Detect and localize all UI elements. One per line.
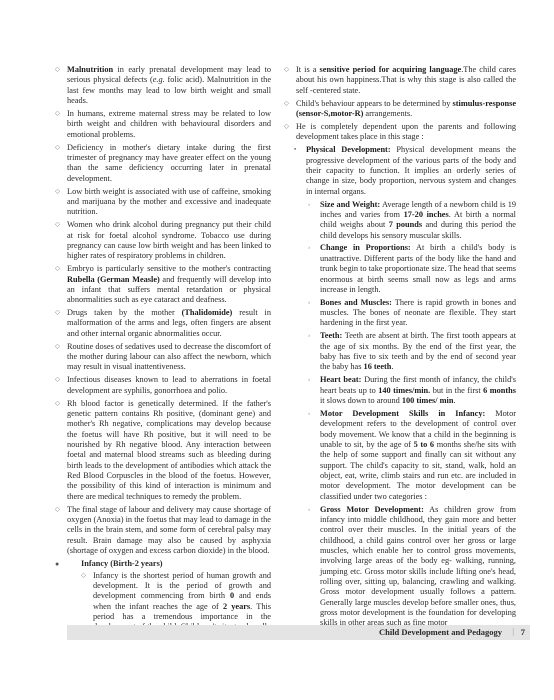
diamond-bullet-icon: ◇ <box>55 109 60 119</box>
bullet-teeth: › Teeth: Teeth are absent at birth. The … <box>284 331 516 372</box>
diamond-bullet-icon: ◇ <box>55 264 60 274</box>
bullet-thalidomide: ◇ Drugs taken by the mother (Thalidomide… <box>55 308 271 339</box>
arrow-bullet-icon: › <box>308 298 310 308</box>
diamond-bullet-icon: ◇ <box>284 65 289 75</box>
diamond-bullet-icon: ◇ <box>55 375 60 385</box>
bullet-physical-development: ▪ Physical Development: Physical develop… <box>284 145 516 197</box>
bullet-proportions: › Change in Proportions: At birth a chil… <box>284 243 516 295</box>
diamond-bullet-icon: ◇ <box>55 399 60 409</box>
bullet-motor-development: › Motor Development Skills in Infancy: M… <box>284 409 516 502</box>
left-column: ◇ Malnutrition in early prenatal develop… <box>55 65 271 646</box>
bullet-sedatives: ◇ Routine doses of sedatives used to dec… <box>55 342 271 373</box>
bullet-alcohol: ◇ Women who drink alcohol during pregnan… <box>55 220 271 261</box>
bullet-anoxia: ◇ The final stage of labour and delivery… <box>55 505 271 557</box>
bullet-gross-motor: › Gross Motor Development: As children g… <box>284 505 516 629</box>
bullet-stimulus-response: ◇ Child's behaviour appears to be determ… <box>284 99 516 120</box>
arrow-bullet-icon: › <box>308 409 310 419</box>
page-number: 7 <box>521 627 525 637</box>
bullet-dietary-deficiency: ◇ Deficiency in mother's dietary intake … <box>55 143 271 184</box>
diamond-bullet-icon: ◇ <box>55 187 60 197</box>
square-bullet-icon: ▪ <box>294 145 296 155</box>
bullet-language: ◇ It is a sensitive period for acquiring… <box>284 65 516 96</box>
diamond-bullet-icon: ◇ <box>284 122 289 132</box>
bullet-maternal-stress: ◇ In humans, extreme maternal stress may… <box>55 109 271 140</box>
bullet-size-weight: › Size and Weight: Average length of a n… <box>284 200 516 241</box>
diamond-bullet-icon: ◇ <box>55 308 60 318</box>
bullet-malnutrition: ◇ Malnutrition in early prenatal develop… <box>55 65 271 106</box>
diamond-bullet-icon: ◇ <box>55 505 60 515</box>
arrow-bullet-icon: › <box>308 243 310 253</box>
bullet-bones-muscles: › Bones and Muscles: There is rapid grow… <box>284 298 516 329</box>
bullet-infectious-diseases: ◇ Infectious diseases known to lead to a… <box>55 375 271 396</box>
footer-separator: | <box>512 626 514 636</box>
diamond-bullet-icon: ◇ <box>55 65 60 75</box>
right-column: ◇ It is a sensitive period for acquiring… <box>284 65 516 631</box>
bullet-heart-beat: › Heart beat: During the first month of … <box>284 375 516 406</box>
section-heading-infancy: ● Infancy (Birth-2 years) <box>55 559 271 569</box>
bullet-rh-factor: ◇ Rh blood factor is genetically determi… <box>55 399 271 502</box>
page-footer: Child Development and Pedagogy | 7 <box>67 625 530 640</box>
bullet-low-birth-weight: ◇ Low birth weight is associated with us… <box>55 187 271 218</box>
diamond-bullet-icon: ◇ <box>55 342 60 352</box>
arrow-bullet-icon: › <box>308 200 310 210</box>
footer-book-title: Child Development and Pedagogy <box>379 627 502 637</box>
diamond-bullet-icon: ◇ <box>55 220 60 230</box>
arrow-bullet-icon: › <box>308 375 310 385</box>
diamond-bullet-icon: ◇ <box>284 99 289 109</box>
arrow-bullet-icon: › <box>308 331 310 341</box>
document-page: ◇ Malnutrition in early prenatal develop… <box>0 0 554 700</box>
arrow-bullet-icon: › <box>308 505 310 515</box>
bullet-rubella: ◇ Embryo is particularly sensitive to th… <box>55 264 271 305</box>
diamond-bullet-icon: ◇ <box>55 143 60 153</box>
bullet-dependent: ◇ He is completely dependent upon the pa… <box>284 122 516 143</box>
diamond-bullet-icon: ◇ <box>81 571 86 581</box>
round-bullet-icon: ● <box>55 559 59 569</box>
